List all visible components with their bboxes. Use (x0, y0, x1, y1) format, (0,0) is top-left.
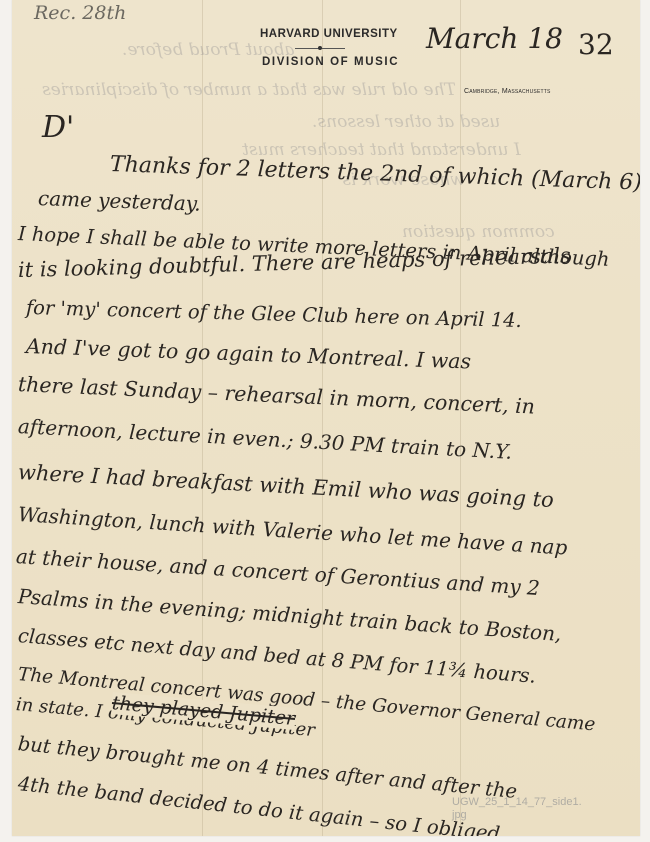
letterhead-dot (318, 46, 322, 50)
watermark-line: UGW_25_1_14_77_side1. (452, 796, 582, 809)
letter-line: there last Sunday – rehearsal in morn, c… (17, 372, 535, 419)
letter-line: afternoon, lecture in even.; 9.30 PM tra… (17, 414, 512, 464)
letterhead-institution: HARVARD UNIVERSITY (260, 28, 398, 40)
bleed-through-text: I understand that teachers must (242, 140, 521, 160)
filename-watermark: UGW_25_1_14_77_side1. jpg (452, 796, 582, 822)
received-note: Rec. 28th (34, 2, 126, 24)
bleed-through-text: The old rule was that a number of discip… (42, 80, 456, 100)
letterhead-location: Cambridge, Massachusetts (464, 88, 551, 95)
letter-year: 32 (578, 28, 614, 61)
letter-line: came yesterday. (38, 186, 202, 216)
bleed-through-text: used at other lessons. (312, 112, 500, 132)
letterhead-department: DIVISION OF MUSIC (262, 56, 399, 68)
letter-line: for 'my' concert of the Glee Club here o… (26, 296, 522, 332)
letter-date: March 18 (426, 22, 563, 55)
watermark-line: jpg (452, 809, 582, 822)
letter-line: And I've got to go again to Montreal. I … (26, 334, 472, 374)
letter-page: about Proud before. The old rule was tha… (12, 0, 640, 836)
salutation: D' (42, 110, 74, 145)
letter-line: where I had breakfast with Emil who was … (17, 460, 554, 512)
